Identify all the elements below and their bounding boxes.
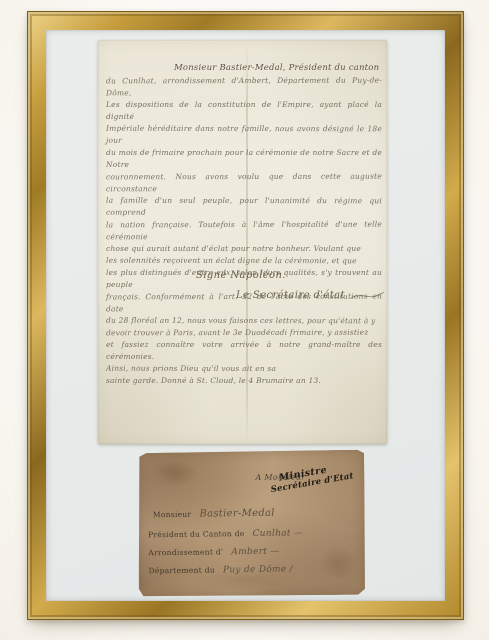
envelope-address-label: Arrondissement d' — [148, 547, 223, 557]
letter-body-line: du 28 floréal an 12, nous vous faisons c… — [106, 315, 382, 328]
letter-text-block: Monsieur Bastier-Medal, Président du can… — [106, 62, 382, 387]
letter-heading: Monsieur Bastier-Medal, Président du can… — [106, 62, 382, 75]
letter-body-line: du Cunlhat, arrondissement d'Ambert, Dép… — [106, 75, 382, 100]
envelope: A Monsieur Ministre Secrétaire d'Etat Mo… — [137, 450, 366, 598]
envelope-address: MonsieurBastier-MedalPrésident du Canton… — [137, 450, 366, 598]
letter-body-line: du mois de frimaire prochain pour la cér… — [106, 147, 382, 171]
signature-line: Signé Napoléon. — [196, 270, 286, 281]
envelope-address-value: Ambert — — [231, 547, 279, 558]
envelope-address-label: Département du — [149, 565, 215, 575]
letter-body-line: la nation française. Toutefois à l'âme l… — [106, 219, 382, 244]
envelope-address-label: Monsieur — [153, 510, 192, 519]
manuscript-letter: Monsieur Bastier-Medal, Président du can… — [98, 40, 387, 444]
letter-body-line: la famille d'un seul peuple, pour l'unan… — [106, 195, 382, 220]
envelope-address-row: Département duPuy de Dôme / — [148, 556, 293, 577]
letter-body-line: Ainsi, nous prions Dieu qu'il vous ait e… — [106, 363, 382, 376]
countersignature-line: Le Secrétaire d'état — [236, 290, 385, 301]
letter-body-line: et fassiez connaître votre arrivée à not… — [106, 339, 382, 363]
envelope-address-label: Président du Canton de — [148, 529, 245, 539]
letter-body-line: devoir trouver à Paris, avant le 3e Duod… — [106, 327, 382, 340]
letter-body-line: les solennités reçoivent un éclat digne … — [106, 255, 382, 268]
letter-body: du Cunlhat, arrondissement d'Ambert, Dép… — [106, 75, 382, 387]
envelope-address-row: Président du Canton deCunlhat — — [148, 520, 303, 541]
countersignature-text: Le Secrétaire d'état — [236, 290, 345, 301]
letter-body-line: Impériale héréditaire dans notre famille… — [106, 123, 382, 148]
letter-body-line: couronnement. Nous avons voulu que dans … — [106, 171, 382, 196]
letter-body-line: Les dispositions de la constitution de l… — [106, 99, 382, 123]
envelope-address-value: Cunlhat — — [253, 528, 304, 539]
letter-body-line: chose qui aurait autant d'éclat pour not… — [106, 243, 382, 255]
mat-board: Monsieur Bastier-Medal, Président du can… — [46, 30, 445, 601]
picture-frame: Monsieur Bastier-Medal, Président du can… — [27, 11, 464, 620]
envelope-address-row: MonsieurBastier-Medal — [153, 501, 275, 521]
flourish-swash — [351, 291, 385, 300]
envelope-address-value: Bastier-Medal — [199, 508, 274, 520]
envelope-address-value: Puy de Dôme / — [223, 564, 293, 575]
letter-body-line: sainte garde. Donné à St. Cloud, le 4 Br… — [106, 375, 382, 387]
